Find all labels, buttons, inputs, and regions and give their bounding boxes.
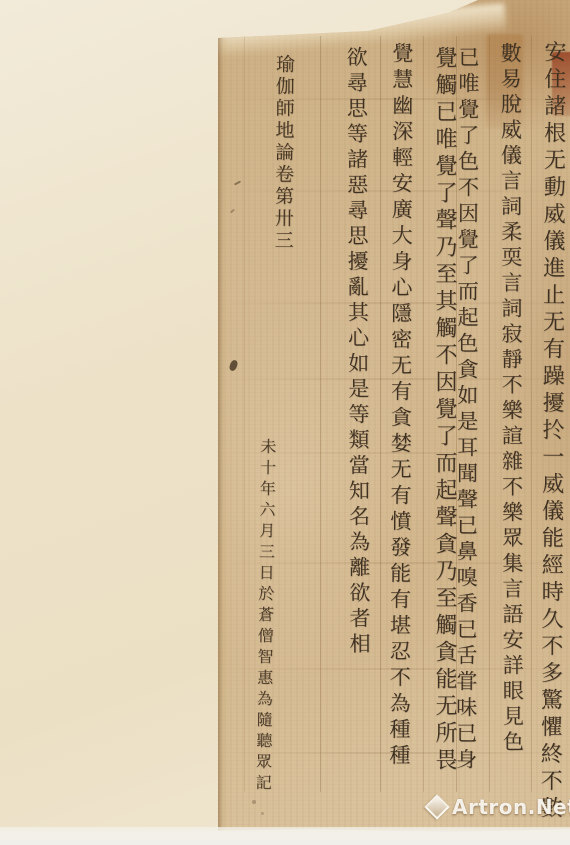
text-column-5: 覺慧幽深輕安廣大身心隱密无有貪婪无有憤發能有堪忍不為種種 [388, 42, 412, 774]
colophon-column: 未十年六月三日於蒼僧智惠為隨聽眾記 [254, 438, 275, 796]
ruling-line [489, 36, 490, 792]
text-column-2: 數易脫威儀言詞柔耎言詞寂靜不樂諠雜不樂眾集言語安詳眼見色 [499, 42, 523, 787]
photo-bottom-edge [0, 827, 570, 845]
text-column-6: 欲尋思等諸惡尋思擾亂其心如是等類當知名為離欲者相 [345, 46, 369, 660]
watermark-text: Artron.Net [452, 795, 570, 819]
ruling-line [244, 36, 245, 792]
margin-ink-mark [234, 180, 241, 185]
ruling-line [320, 36, 321, 792]
text-column-1: 安住諸根无動威儀進止无有躁擾扵一威儀能經時久不多驚懼終不數 [538, 40, 564, 775]
paper-left-edge [218, 30, 231, 833]
ruling-line [380, 36, 381, 792]
artron-logo-icon [424, 794, 449, 819]
ruling-line [423, 36, 424, 792]
text-column-3: 已唯覺了色不因覺了而起色貪如是耳聞聲已鼻嗅香已舌甞味已身 [454, 46, 478, 784]
scroll-title-column: 瑜伽師地論卷第卅三 [273, 54, 293, 256]
margin-ink-mark [252, 800, 256, 804]
manuscript-paper: 安住諸根无動威儀進止无有躁擾扵一威儀能經時久不多驚懼終不數 數易脫威儀言詞柔耎言… [218, 0, 570, 845]
margin-ink-mark [261, 812, 264, 815]
artron-watermark: Artron.Net [428, 795, 570, 819]
text-column-4: 覺觸已唯覺了聲乃至其觸不因覺了而起聲貪乃至觸貪能无所畏 [433, 46, 455, 774]
ruling-line [531, 36, 532, 792]
manuscript-photo: 安住諸根无動威儀進止无有躁擾扵一威儀能經時久不多驚懼終不數 數易脫威儀言詞柔耎言… [0, 0, 570, 845]
